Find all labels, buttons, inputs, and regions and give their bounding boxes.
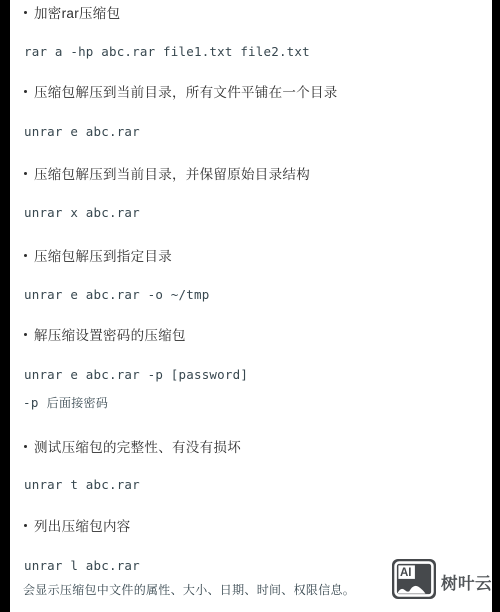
code-line: unrar e abc.rar -p [password] — [24, 366, 248, 384]
brand-logo-icon: AI — [392, 559, 436, 604]
bullet-item-label: 压缩包解压到当前目录，并保留原始目录结构 — [34, 163, 310, 183]
bullet-item-label: 解压缩设置密码的压缩包 — [34, 324, 186, 344]
code-line: unrar t abc.rar — [24, 476, 140, 494]
bullet-item: 解压缩设置密码的压缩包 — [24, 325, 186, 343]
bullet-dot-icon — [24, 333, 27, 336]
bullet-item: 列出压缩包内容 — [24, 516, 131, 534]
bullet-item-label: 压缩包解压到当前目录，所有文件平铺在一个目录 — [34, 81, 338, 101]
code-line: unrar x abc.rar — [24, 204, 140, 222]
bullet-item: 加密rar压缩包 — [24, 3, 120, 21]
left-letterbox-bar — [0, 0, 10, 612]
svg-text:AI: AI — [400, 567, 412, 579]
brand-name: 树叶云 — [441, 570, 492, 594]
bullet-item-label: 测试压缩包的完整性、有没有损坏 — [34, 436, 241, 456]
code-line: unrar e abc.rar — [24, 123, 140, 141]
bullet-item: 测试压缩包的完整性、有没有损坏 — [24, 437, 241, 455]
bullet-item: 压缩包解压到当前目录，所有文件平铺在一个目录 — [24, 82, 338, 100]
bullet-dot-icon — [24, 90, 27, 93]
code-line: rar a -hp abc.rar file1.txt file2.txt — [24, 43, 310, 61]
code-line: unrar e abc.rar -o ~/tmp — [24, 286, 209, 304]
bullet-item-label: 压缩包解压到指定目录 — [34, 245, 172, 265]
bullet-dot-icon — [24, 254, 27, 257]
bullet-item-label: 列出压缩包内容 — [34, 515, 131, 535]
bullet-dot-icon — [24, 445, 27, 448]
note-text: 后面接密码 — [47, 396, 109, 410]
watermark: AI 树叶云 — [392, 559, 492, 604]
bullet-item: 压缩包解压到指定目录 — [24, 246, 172, 264]
note-line: 会显示压缩包中文件的属性、大小、日期、时间、权限信息。 — [23, 581, 355, 599]
bullet-item: 压缩包解压到当前目录，并保留原始目录结构 — [24, 164, 310, 182]
bullet-item-label: 加密rar压缩包 — [34, 2, 120, 22]
code-line: unrar l abc.rar — [24, 557, 140, 575]
right-letterbox-bar — [492, 0, 500, 612]
bullet-dot-icon — [24, 524, 27, 527]
article-page: 加密rar压缩包 rar a -hp abc.rar file1.txt fil… — [0, 0, 500, 612]
note-flag: -p — [23, 395, 39, 410]
note-line: -p后面接密码 — [23, 394, 108, 412]
bullet-dot-icon — [24, 11, 27, 14]
bullet-dot-icon — [24, 172, 27, 175]
